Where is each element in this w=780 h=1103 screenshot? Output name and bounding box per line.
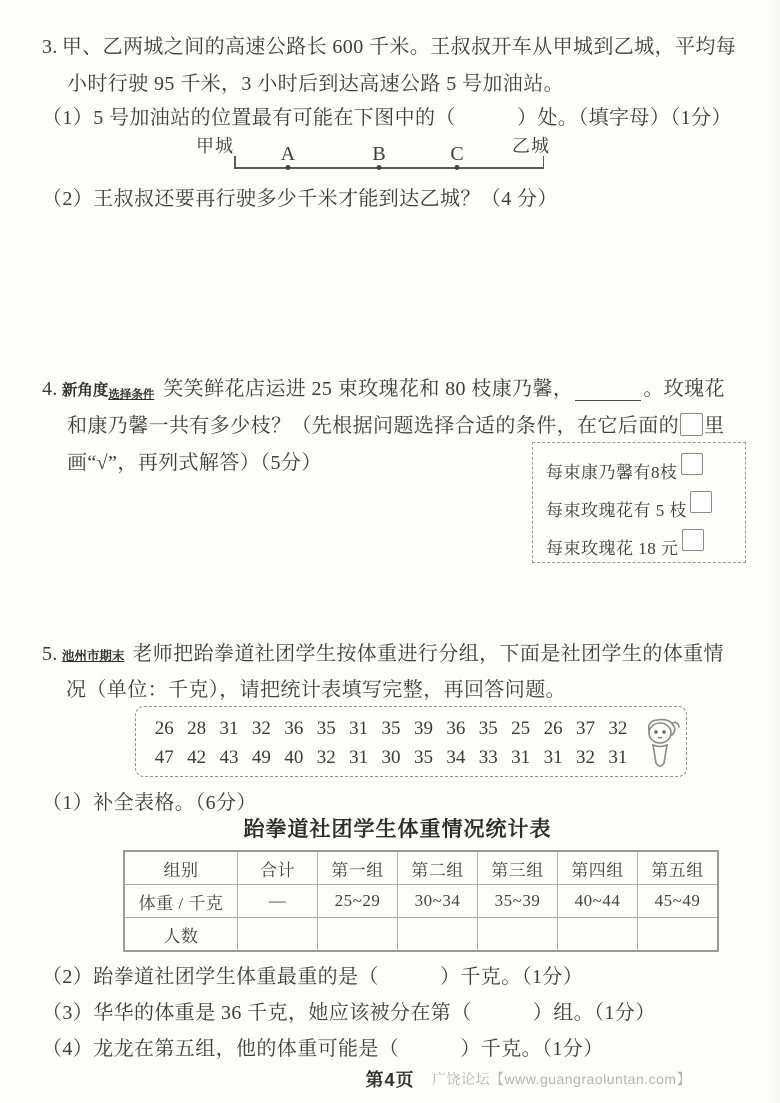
q3-line1: 3.甲、乙两城之间的高速公路长 600 千米。王叔叔开车从甲城到乙城，平均每 [42, 30, 736, 59]
weight-value: 47 [148, 747, 180, 769]
q3-sub1-text: （1）5 号加油站的位置最有可能在下图中的（ ）处。（填字母）（1分） [42, 107, 732, 129]
q3-text-line1: 甲、乙两城之间的高速公路长 600 千米。王叔叔开车从甲城到乙城，平均每 [62, 36, 736, 58]
count-cell-group5[interactable] [638, 918, 719, 952]
q4-text-line1a: 笑笑鲜花店运进 25 束玫瑰花和 80 枝康乃馨， [163, 378, 573, 400]
count-cell-group2[interactable] [398, 918, 478, 952]
weight-value: 36 [278, 718, 310, 740]
weight-value: 40 [278, 747, 310, 769]
q5-sub3-text: （3）华华的体重是 36 千克，她应该被分在第（ ）组。（1分） [42, 1002, 656, 1024]
condition-3-checkbox[interactable] [682, 529, 704, 551]
weight-value: 33 [472, 747, 504, 769]
weight-value: 35 [375, 718, 407, 740]
q3-sub2-text: （2）王叔叔还要再行驶多少千米才能到达乙城？（4 分） [42, 188, 558, 210]
right-end-tick [543, 156, 545, 168]
weight-value: 32 [310, 747, 342, 769]
point-c-label: C [450, 143, 463, 166]
q4-text-line1b: 。玫瑰花 [643, 378, 725, 400]
q3-text-line2: 小时行驶 95 千米，3 小时后到达高速公路 5 号加油站。 [67, 73, 564, 95]
condition-row-1: 每束康乃馨有8枝 [546, 451, 745, 489]
weight-value: 31 [342, 718, 374, 740]
weight-row-label: 体重 / 千克 [124, 885, 238, 918]
header-cell-group4: 第四组 [558, 851, 638, 885]
weight-value: 37 [569, 718, 601, 740]
q5-sub1-text: （1）补全表格。（6分） [42, 792, 257, 814]
weight-value: 28 [180, 718, 212, 740]
q3-sub1: （1）5 号加油站的位置最有可能在下图中的（ ）处。（填字母）（1分） [42, 101, 732, 130]
weight-value: 26 [537, 718, 569, 740]
weights-row-1: 262831323635313539363525263732 [148, 714, 634, 743]
count-cell-group4[interactable] [558, 918, 638, 952]
q4-text-line3: 画“√”，再列式解答）（5分） [67, 452, 322, 474]
header-cell-group3: 第三组 [478, 851, 558, 885]
q5-sub4-text: （4）龙龙在第五组，他的体重可能是（ ）千克。（1分） [42, 1038, 604, 1060]
q5-line1: 5.池州市期末老师把跆拳道社团学生按体重进行分组，下面是社团学生的体重情 [42, 637, 724, 666]
weight-value: 36 [440, 718, 472, 740]
checkbox-example-icon [680, 413, 703, 436]
left-city-label: 甲城 [196, 132, 234, 158]
weight-value: 34 [440, 747, 472, 769]
point-a-label: A [281, 143, 295, 166]
table-weight-row: 体重 / 千克 — 25~29 30~34 35~39 40~44 45~49 [124, 885, 718, 918]
conditions-box: 每束康乃馨有8枝 每束玫瑰花有 5 枝 每束玫瑰花 18 元 [532, 442, 746, 563]
weight-value: 31 [537, 747, 569, 769]
count-cell-total[interactable] [238, 918, 318, 952]
weight-value: 39 [407, 718, 439, 740]
weight-value: 31 [342, 747, 374, 769]
worksheet-page: 3.甲、乙两城之间的高速公路长 600 千米。王叔叔开车从甲城到乙城，平均每 小… [0, 0, 780, 1103]
q4-line1: 4.新角度选择条件笑笑鲜花店运进 25 束玫瑰花和 80 枝康乃馨，。玫瑰花 [42, 372, 725, 401]
q4-badge-sub: 选择条件 [108, 389, 154, 401]
header-cell-group5: 第五组 [638, 851, 719, 885]
point-b-label: B [372, 143, 385, 166]
q5-sub2-text: （2）跆拳道社团学生体重最重的是（ ）千克。（1分） [42, 966, 583, 988]
weight-value: 49 [245, 747, 277, 769]
condition-3-text: 每束玫瑰花 18 元 [546, 534, 679, 559]
header-cell-group1: 第一组 [318, 851, 398, 885]
header-cell-group: 组别 [124, 851, 238, 885]
weight-cell-total: — [238, 885, 318, 918]
q4-line3: 画“√”，再列式解答）（5分） [67, 446, 322, 475]
page-number: 第4页 [365, 1066, 414, 1092]
condition-1-checkbox[interactable] [681, 453, 703, 475]
weight-cell-range1: 25~29 [318, 885, 398, 918]
weight-cell-range3: 35~39 [478, 885, 558, 918]
condition-2-text: 每束玫瑰花有 5 枝 [546, 496, 687, 521]
q5-number: 5. [42, 643, 58, 665]
point-a-dot [286, 165, 291, 170]
weight-cell-range2: 30~34 [398, 885, 478, 918]
q3-sub2: （2）王叔叔还要再行驶多少千米才能到达乙城？（4 分） [42, 182, 558, 211]
weight-value: 32 [245, 718, 277, 740]
weight-value: 31 [504, 747, 536, 769]
count-cell-group1[interactable] [318, 918, 398, 952]
condition-row-2: 每束玫瑰花有 5 枝 [546, 489, 745, 527]
header-cell-total: 合计 [238, 851, 318, 885]
q4-text-line2a: 和康乃馨一共有多少枝？（先根据问题选择合适的条件，在它后面的 [67, 415, 679, 437]
q4-text-line2b: 里 [704, 415, 724, 437]
weights-data-box: 262831323635313539363525263732 474243494… [135, 706, 687, 777]
table-header-row: 组别 合计 第一组 第二组 第三组 第四组 第五组 [124, 851, 718, 885]
q5-sub3: （3）华华的体重是 36 千克，她应该被分在第（ ）组。（1分） [42, 996, 656, 1025]
count-row-label: 人数 [124, 918, 238, 952]
condition-2-checkbox[interactable] [690, 491, 712, 513]
header-cell-group2: 第二组 [398, 851, 478, 885]
q4-number: 4. [42, 378, 58, 400]
stats-table-title: 跆拳道社团学生体重情况统计表 [123, 813, 672, 843]
q5-sub4: （4）龙龙在第五组，他的体重可能是（ ）千克。（1分） [42, 1032, 604, 1061]
weight-cell-range5: 45~49 [638, 885, 719, 918]
weight-value: 30 [375, 747, 407, 769]
site-watermark: 广饶论坛【www.guangraoluntan.com】 [432, 1069, 691, 1089]
point-c-dot [455, 165, 460, 170]
q4-line2: 和康乃馨一共有多少枝？（先根据问题选择合适的条件，在它后面的里 [67, 409, 724, 438]
q5-line2: 况（单位：千克），请把统计表填写完整，再回答问题。 [66, 673, 566, 702]
weight-value: 25 [504, 718, 536, 740]
table-count-row: 人数 [124, 918, 718, 952]
q4-badge-main: 新角度 [62, 382, 109, 399]
number-line [234, 167, 544, 169]
q5-sub2: （2）跆拳道社团学生体重最重的是（ ）千克。（1分） [42, 960, 583, 989]
q5-badge: 池州市期末 [62, 649, 125, 663]
weight-value: 35 [407, 747, 439, 769]
weights-row-2: 474243494032313035343331313231 [148, 743, 634, 772]
q3-line2: 小时行驶 95 千米，3 小时后到达高速公路 5 号加油站。 [67, 67, 564, 96]
weight-value: 42 [180, 747, 212, 769]
weight-value: 43 [213, 747, 245, 769]
left-end-tick [234, 156, 236, 168]
weight-value: 35 [472, 718, 504, 740]
q5-text-line1: 老师把跆拳道社团学生按体重进行分组，下面是社团学生的体重情 [132, 643, 724, 665]
weight-value: 35 [310, 718, 342, 740]
q5-sub1: （1）补全表格。（6分） [42, 786, 257, 815]
q3-number: 3. [42, 36, 58, 58]
number-line-diagram: 甲城 乙城 A B C [188, 130, 564, 180]
weight-value: 26 [148, 718, 180, 740]
weight-stats-table: 组别 合计 第一组 第二组 第三组 第四组 第五组 体重 / 千克 — 25~2… [123, 850, 719, 952]
weight-value: 31 [213, 718, 245, 740]
condition-row-3: 每束玫瑰花 18 元 [546, 527, 745, 565]
weight-value: 32 [602, 718, 634, 740]
right-city-label: 乙城 [512, 132, 550, 158]
condition-1-text: 每束康乃馨有8枝 [546, 458, 678, 483]
point-b-dot [377, 165, 382, 170]
weight-value: 32 [569, 747, 601, 769]
count-cell-group3[interactable] [478, 918, 558, 952]
weight-value: 31 [602, 747, 634, 769]
pencil-mascot-icon [639, 715, 681, 771]
q4-answer-blank[interactable] [575, 381, 641, 401]
weight-cell-range4: 40~44 [558, 885, 638, 918]
q5-text-line2: 况（单位：千克），请把统计表填写完整，再回答问题。 [66, 679, 566, 701]
